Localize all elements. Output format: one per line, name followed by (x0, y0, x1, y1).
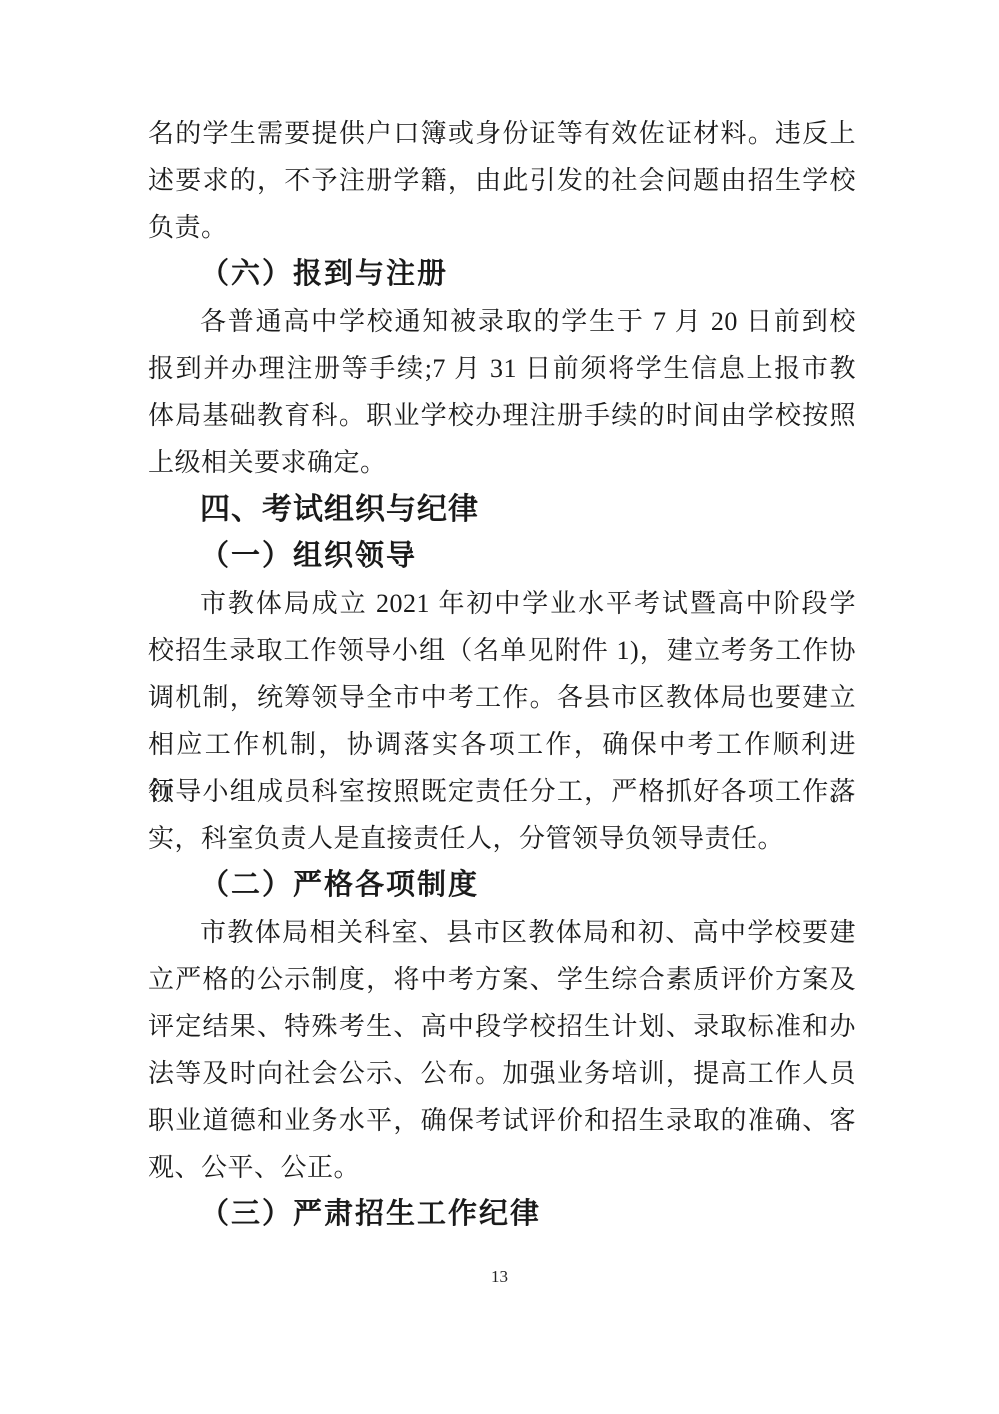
text-block: 名的学生需要提供户口簿或身份证等有效佐证材料。违反上 述要求的，不予注册学籍，由… (148, 110, 856, 1238)
subsection-heading: （二）严格各项制度 (148, 862, 856, 909)
subsection-heading: （一）组织领导 (148, 533, 856, 580)
body-line: 法等及时向社会公示、公布。加强业务培训，提高工作人员 (148, 1050, 856, 1097)
body-line: 调机制，统筹领导全市中考工作。各县市区教体局也要建立 (148, 674, 856, 721)
body-line: 职业道德和业务水平，确保考试评价和招生录取的准确、客 (148, 1097, 856, 1144)
body-line: 市教体局成立 2021 年初中学业水平考试暨高中阶段学 (148, 580, 856, 627)
document-page: 名的学生需要提供户口簿或身份证等有效佐证材料。违反上 述要求的，不予注册学籍，由… (0, 0, 999, 1414)
body-line: 负责。 (148, 204, 856, 251)
page-number: 13 (0, 1266, 999, 1288)
body-line: 市教体局相关科室、县市区教体局和初、高中学校要建 (148, 909, 856, 956)
body-line: 述要求的，不予注册学籍，由此引发的社会问题由招生学校 (148, 157, 856, 204)
body-line: 体局基础教育科。职业学校办理注册手续的时间由学校按照 (148, 392, 856, 439)
body-line: 校招生录取工作领导小组（名单见附件 1)，建立考务工作协 (148, 627, 856, 674)
body-line: 观、公平、公正。 (148, 1144, 856, 1191)
subsection-heading: （三）严肃招生工作纪律 (148, 1191, 856, 1238)
body-line: 各普通高中学校通知被录取的学生于 7 月 20 日前到校 (148, 298, 856, 345)
body-line: 名的学生需要提供户口簿或身份证等有效佐证材料。违反上 (148, 110, 856, 157)
body-line: 领导小组成员科室按照既定责任分工，严格抓好各项工作落 (148, 768, 856, 815)
body-line: 实，科室负责人是直接责任人，分管领导负领导责任。 (148, 815, 856, 862)
body-line: 上级相关要求确定。 (148, 439, 856, 486)
body-line: 评定结果、特殊考生、高中段学校招生计划、录取标准和办 (148, 1003, 856, 1050)
body-line: 报到并办理注册等手续;7 月 31 日前须将学生信息上报市教 (148, 345, 856, 392)
body-line: 立严格的公示制度，将中考方案、学生综合素质评价方案及 (148, 956, 856, 1003)
section-heading: 四、考试组织与纪律 (148, 486, 856, 533)
subsection-heading: （六）报到与注册 (148, 251, 856, 298)
body-line: 相应工作机制，协调落实各项工作，确保中考工作顺利进行。 (148, 721, 856, 768)
